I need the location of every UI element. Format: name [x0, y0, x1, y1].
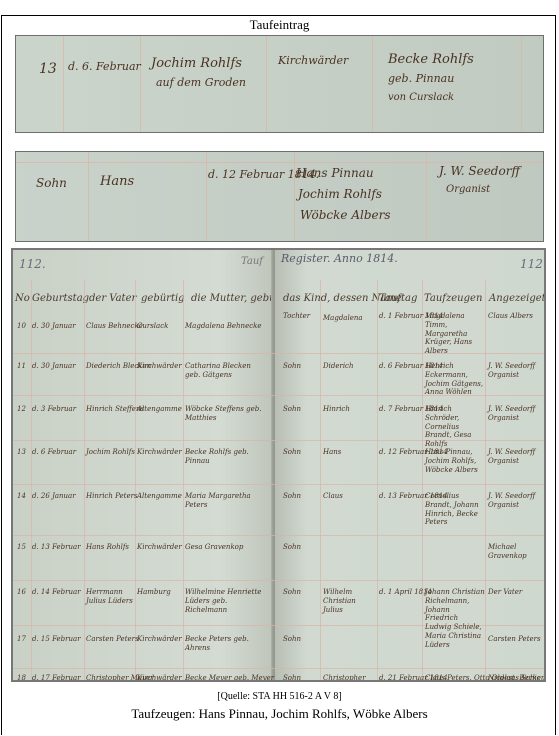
row-13-reporter: J. W. Seedorff Organist — [488, 448, 538, 466]
child-name: Hans — [100, 174, 134, 190]
row-15-no: 15 — [17, 543, 26, 552]
row-17-type: Sohn — [283, 635, 301, 644]
row-14-origin: Altengamme — [137, 492, 182, 501]
row-15-father: Hans Rohlfs — [86, 543, 129, 552]
row-11-godparents: Henrich Eckermann, Jochim Gätgens, Anna … — [425, 362, 485, 397]
witnesses-caption: Taufzeugen: Hans Pinnau, Jochim Rohlfs, … — [0, 706, 559, 722]
row-18-reporter: Nicolaus Schierhorst Organist — [488, 674, 546, 682]
mother-origin: von Curslack — [388, 92, 454, 105]
row-16-name: Wilhelm Christian Julius — [323, 588, 373, 614]
row-11-type: Sohn — [283, 362, 301, 371]
col-father: der Vater — [89, 293, 136, 304]
row-18-origin: Kirchwärder — [137, 674, 182, 682]
baptism-register-ledger: 112. Tauf No Geburtstag der Vater gebürt… — [11, 248, 546, 682]
row-12-mother: Wöbcke Steffens geb. Matthies — [185, 405, 265, 423]
row-16-date: d. 14 Februar — [32, 588, 81, 597]
row-17-date: d. 15 Februar — [32, 635, 81, 644]
row-10-name: Magdalena — [323, 314, 363, 323]
row-11-origin: Kirchwärder — [137, 362, 182, 371]
godparent-2: Jochim Rohlfs — [298, 187, 382, 202]
col-birthday: Geburtstag — [32, 293, 89, 304]
reporter-name: J. W. Seedorff — [439, 164, 520, 179]
left-page-number: 112. — [19, 257, 46, 271]
row-13-mother: Becke Rohlfs geb. Pinnau — [185, 448, 265, 466]
left-page-heading: Tauf — [241, 256, 263, 267]
row-18-mother: Becke Meyer geb. Meyer — [185, 674, 274, 682]
row-18-date: d. 17 Februar — [32, 674, 81, 682]
right-page-heading: Register. Anno 1814. — [281, 252, 398, 265]
row-17-father: Carsten Peters — [86, 635, 139, 644]
col-reporter: Angezeiget — [489, 293, 546, 304]
row-10-godparents: Magdalena Timm, Margaretha Krüger, Hans … — [425, 312, 485, 356]
row-10-mother: Magdalena Behnecke — [185, 322, 262, 331]
father-residence: auf dem Groden — [156, 76, 246, 90]
entry-number: 13 — [39, 61, 57, 79]
row-10-date: d. 30 Januar — [32, 322, 76, 331]
entry-excerpt-parents: 13 d. 6. Februar Jochim Rohlfs auf dem G… — [15, 35, 544, 133]
mother-maiden-name: geb. Pinnau — [388, 72, 454, 86]
row-15-reporter: Michael Gravenkop — [488, 543, 538, 561]
row-13-type: Sohn — [283, 448, 301, 457]
mother-name: Becke Rohlfs — [388, 52, 474, 68]
row-12-origin: Altengamme — [137, 405, 182, 414]
row-11-reporter: J. W. Seedorff Organist — [488, 362, 538, 380]
father-origin: Kirchwärder — [278, 54, 348, 68]
child-type: Sohn — [36, 176, 67, 191]
row-10-origin: Curslack — [137, 322, 168, 331]
row-15-type: Sohn — [283, 543, 301, 552]
row-12-type: Sohn — [283, 405, 301, 414]
row-15-date: d. 13 Februar — [32, 543, 81, 552]
row-14-godparents: Cornelius Brandt, Johann Hinrich, Becke … — [425, 492, 485, 527]
row-10-type: Tochter — [283, 312, 310, 321]
col-origin: gebürtig — [141, 293, 185, 304]
row-16-no: 16 — [17, 588, 26, 597]
row-16-godparents: Johann Christian Richelmann, Johann Frie… — [425, 588, 485, 649]
row-16-type: Sohn — [283, 588, 301, 597]
row-14-name: Claus — [323, 492, 343, 501]
father-name: Jochim Rohlfs — [151, 56, 242, 72]
page-title: Taufeintrag — [0, 17, 559, 33]
row-11-no: 11 — [17, 362, 26, 371]
row-14-date: d. 26 Januar — [32, 492, 76, 501]
row-14-reporter: J. W. Seedorff Organist — [488, 492, 538, 510]
row-13-no: 13 — [17, 448, 26, 457]
source-citation: [Quelle: STA HH 516-2 A V 8] — [0, 691, 559, 702]
godparent-1: Hans Pinnau — [296, 166, 374, 181]
row-18-type: Sohn — [283, 674, 301, 682]
row-12-father: Hinrich Steffens — [86, 405, 144, 414]
row-10-father: Claus Behnecke — [86, 322, 143, 331]
row-15-mother: Gesa Gravenkop — [185, 543, 265, 552]
row-12-name: Hinrich — [323, 405, 350, 414]
row-13-date: d. 6 Februar — [32, 448, 76, 457]
row-12-date: d. 3 Februar — [32, 405, 76, 414]
col-godparents: Taufzeugen — [424, 293, 482, 304]
row-13-godparents: Hans Pinnau, Jochim Rohlfs, Wöbcke Alber… — [425, 448, 485, 474]
row-13-name: Hans — [323, 448, 341, 457]
row-13-father: Jochim Rohlfs — [86, 448, 135, 457]
row-15-origin: Kirchwärder — [137, 543, 182, 552]
row-11-mother: Catharina Blecken geb. Gätgens — [185, 362, 265, 380]
row-10-reporter: Claus Albers — [488, 312, 533, 321]
row-11-name: Diderich — [323, 362, 354, 371]
row-12-godparents: Hinrich Schröder, Cornelius Brandt, Gesa… — [425, 405, 485, 449]
row-16-reporter: Der Vater — [488, 588, 522, 597]
reporter-title: Organist — [446, 184, 490, 197]
row-14-father: Hinrich Peters — [86, 492, 138, 501]
row-18-no: 18 — [17, 674, 26, 682]
row-18-name: Christopher — [323, 674, 366, 682]
col-baptism-date: Tauftag — [379, 293, 417, 304]
entry-excerpt-child: Sohn Hans d. 12 Februar 1814. Hans Pinna… — [15, 151, 544, 242]
col-no: No — [15, 293, 30, 304]
godparent-3: Wöbcke Albers — [300, 208, 391, 223]
row-16-mother: Wilhelmine Henriette Lüders geb. Richelm… — [185, 588, 265, 614]
row-14-no: 14 — [17, 492, 26, 501]
row-11-date: d. 30 Januar — [32, 362, 76, 371]
row-12-reporter: J. W. Seedorff Organist — [488, 405, 538, 423]
birth-date: d. 6. Februar — [68, 60, 141, 74]
row-17-no: 17 — [17, 635, 26, 644]
row-16-origin: Hamburg — [137, 588, 171, 597]
row-16-father: Herrmann Julius Lüders — [86, 588, 134, 606]
row-17-reporter: Carsten Peters — [488, 635, 541, 644]
row-14-type: Sohn — [283, 492, 301, 501]
row-10-no: 10 — [17, 322, 26, 331]
row-13-origin: Kirchwärder — [137, 448, 182, 457]
right-page-number: 112. — [520, 257, 546, 271]
row-17-origin: Kirchwärder — [137, 635, 182, 644]
row-14-mother: Maria Margaretha Peters — [185, 492, 265, 510]
row-12-no: 12 — [17, 405, 26, 414]
row-17-mother: Becke Peters geb. Ahrens — [185, 635, 265, 653]
